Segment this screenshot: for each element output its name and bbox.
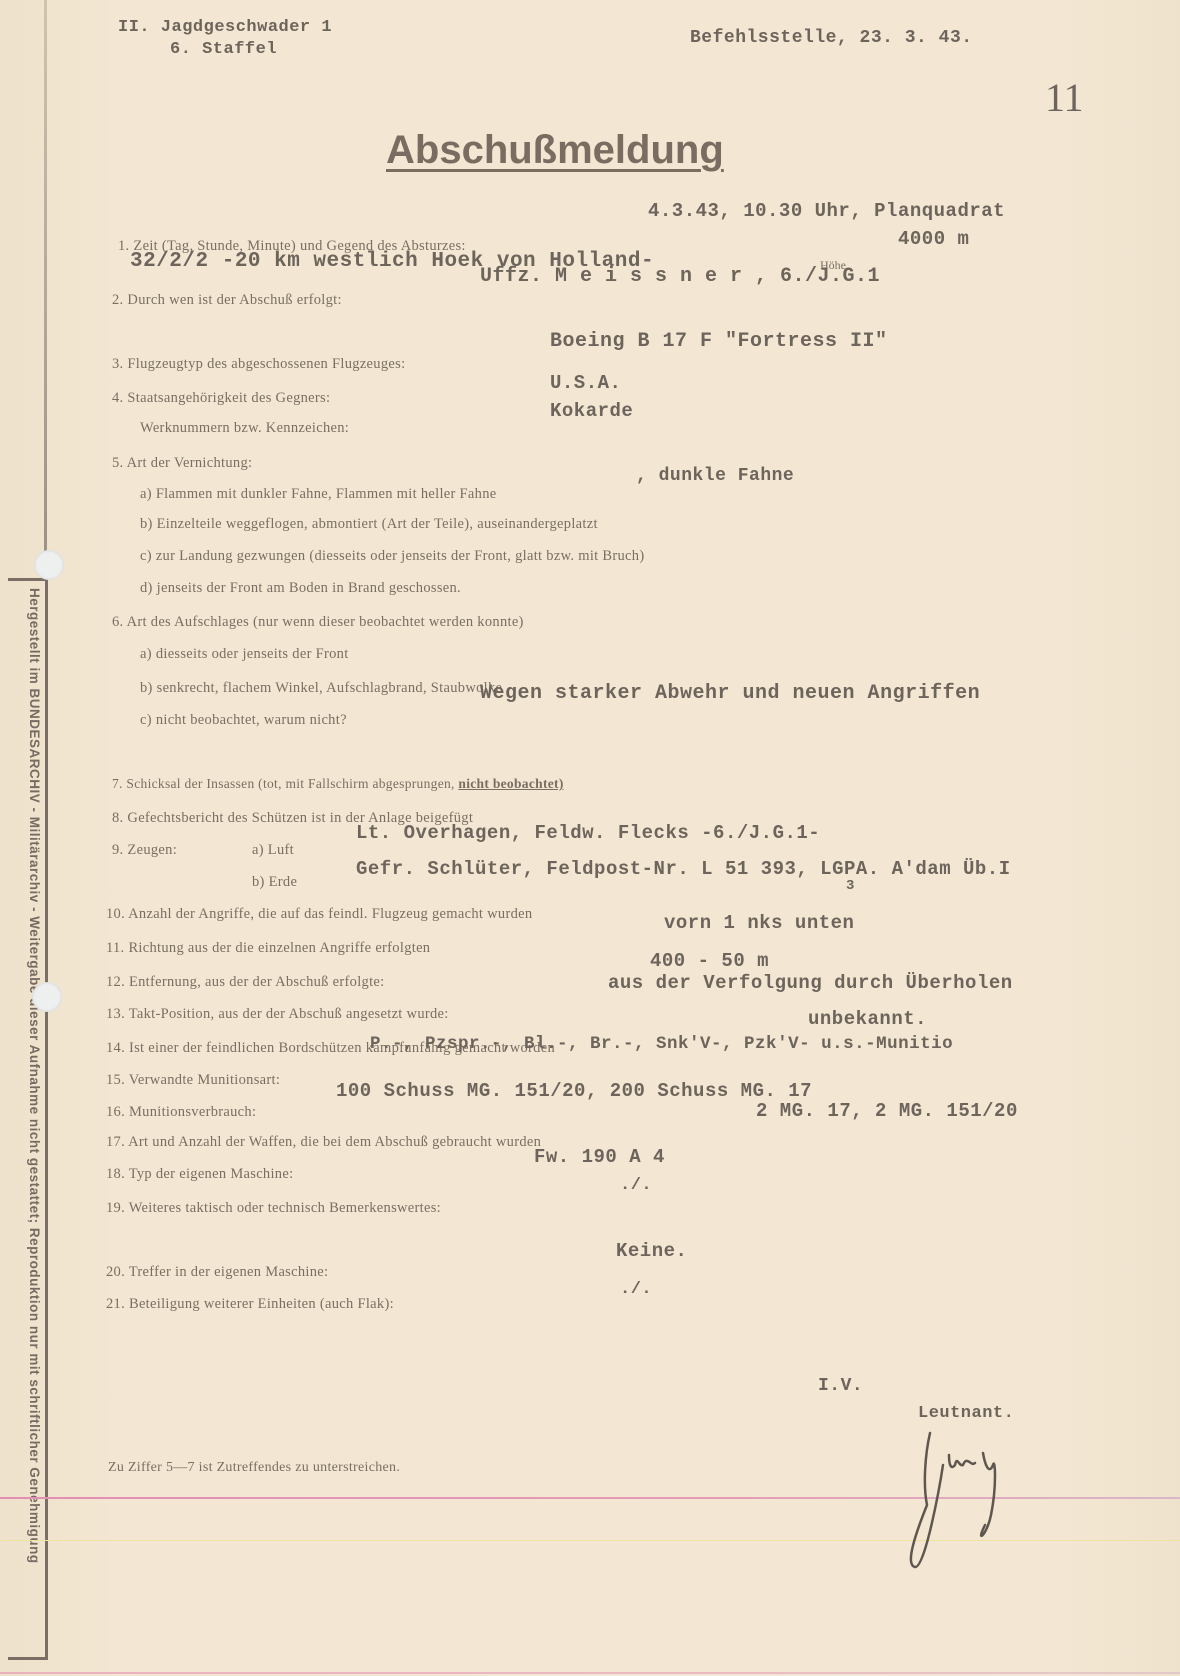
- page-number: 11: [1045, 74, 1084, 121]
- form-item-7: 7. Schicksal der Insassen (tot, mit Fall…: [112, 776, 564, 792]
- answer-ammo-usage: 100 Schuss MG. 151/20, 200 Schuss MG. 17: [336, 1080, 812, 1102]
- form-item-5: 5. Art der Vernichtung:: [112, 455, 252, 472]
- answer-other-units: ./.: [620, 1280, 652, 1299]
- form-item-3: 3. Flugzeugtyp des abgeschossenen Flugze…: [112, 356, 405, 373]
- unit-line-1: II. Jagdgeschwader 1: [118, 18, 332, 37]
- form-item-15: 15. Verwandte Munitionsart:: [106, 1072, 280, 1089]
- answer-weapons: 2 MG. 17, 2 MG. 151/20: [756, 1100, 1018, 1122]
- punch-hole-bottom: [32, 982, 62, 1012]
- answer-gunner-disabled: unbekannt.: [808, 1008, 927, 1030]
- answer-hits-own: Keine.: [616, 1240, 687, 1262]
- answer-witness-air: Lt. Overhagen, Feldw. Flecks -6./J.G.1-: [356, 822, 820, 844]
- answer-tactical-position: aus der Verfolgung durch Überholen: [608, 972, 1013, 994]
- answer-destruction: , dunkle Fahne: [636, 466, 794, 486]
- answer-shooter: Uffz. M e i s s n e r , 6./J.G.1: [480, 265, 880, 288]
- form-item-6: 6. Art des Aufschlages (nur wenn dieser …: [112, 614, 524, 631]
- witness-air-label: a) Luft: [252, 842, 294, 859]
- archive-stamp: Hergestellt im BUNDESARCHIV - Militärarc…: [12, 588, 42, 1648]
- handwritten-signature-icon: [905, 1425, 1015, 1575]
- form-item-5a: a) Flammen mit dunkler Fahne, Flammen mi…: [140, 486, 497, 503]
- form-item-18: 18. Typ der eigenen Maschine:: [106, 1166, 293, 1183]
- answer-attacks: vorn 1 nks unten: [664, 912, 854, 934]
- form-item-4: 4. Staatsangehörigkeit des Gegners:: [112, 390, 330, 407]
- witness-ground-label: b) Erde: [252, 874, 297, 891]
- form-item-17: 17. Art und Anzahl der Waffen, die bei d…: [106, 1134, 541, 1151]
- form-item-19: 19. Weiteres taktisch oder technisch Bem…: [106, 1200, 441, 1217]
- witness-ground-note: 3: [846, 878, 855, 894]
- form-item-16: 16. Munitionsverbrauch:: [106, 1104, 256, 1121]
- form-item-9: 9. Zeugen:: [112, 842, 177, 859]
- item-number: 1.: [118, 238, 129, 254]
- form-item-6a: a) diesseits oder jenseits der Front: [140, 646, 349, 663]
- struck-option: nicht beobachtet): [458, 776, 563, 791]
- answer-markings: Kokarde: [550, 400, 633, 422]
- answer-witness-ground: Gefr. Schlüter, Feldpost-Nr. L 51 393, L…: [356, 858, 1011, 880]
- form-item-12: 12. Entfernung, aus der der Abschuß erfo…: [106, 974, 384, 991]
- answer-ammo-type: P.-, Pzspr.-, Bl.-, Br.-, Snk'V-, Pzk'V-…: [370, 1034, 953, 1054]
- form-item-5d: d) jenseits der Front am Boden in Brand …: [140, 580, 461, 597]
- answer-remarks: ./.: [620, 1176, 652, 1195]
- form-item-11: 11. Richtung aus der die einzelnen Angri…: [106, 940, 430, 957]
- footer-note: Zu Ziffer 5—7 ist Zutreffendes zu unters…: [108, 1460, 400, 1476]
- form-item-20: 20. Treffer in der eigenen Maschine:: [106, 1264, 328, 1281]
- form-item-6b: b) senkrecht, flachem Winkel, Aufschlagb…: [140, 680, 502, 697]
- form-item-2: 2. Durch wen ist der Abschuß erfolgt:: [112, 292, 342, 309]
- form-item-6c: c) nicht beobachtet, warum nicht?: [140, 712, 347, 729]
- answer-distance: 400 - 50 m: [650, 950, 769, 972]
- answer-aircraft-type: Boeing B 17 F "Fortress II": [550, 330, 888, 353]
- answer-nationality: U.S.A.: [550, 372, 621, 394]
- form-item-5c: c) zur Landung gezwungen (diesseits oder…: [140, 548, 644, 565]
- form-item-5b: b) Einzelteile weggeflogen, abmontiert (…: [140, 516, 598, 533]
- signature-rank: Leutnant.: [918, 1404, 1014, 1423]
- ruled-line-pink-bottom: [0, 1672, 1180, 1674]
- place-date: Befehlsstelle, 23. 3. 43.: [690, 28, 973, 48]
- answer-impact-not-observed: Wegen starker Abwehr und neuen Angriffen: [480, 682, 980, 705]
- punch-hole-top: [34, 550, 64, 580]
- form-item-4-sub: Werknummern bzw. Kennzeichen:: [140, 420, 349, 437]
- form-item-21: 21. Beteiligung weiterer Einheiten (auch…: [106, 1296, 394, 1313]
- answer-time-place-1: 4.3.43, 10.30 Uhr, Planquadrat: [648, 200, 1005, 222]
- answer-altitude: 4000 m: [898, 228, 969, 250]
- signature-prefix: I.V.: [818, 1376, 863, 1396]
- form-item-13: 13. Takt-Position, aus der der Abschuß a…: [106, 1006, 449, 1023]
- answer-own-aircraft: Fw. 190 A 4: [534, 1146, 665, 1168]
- form-item-10: 10. Anzahl der Angriffe, die auf das fei…: [106, 906, 532, 923]
- margin-line: [44, 0, 47, 578]
- page-title: Abschußmeldung: [386, 128, 724, 173]
- unit-line-2: 6. Staffel: [170, 40, 277, 59]
